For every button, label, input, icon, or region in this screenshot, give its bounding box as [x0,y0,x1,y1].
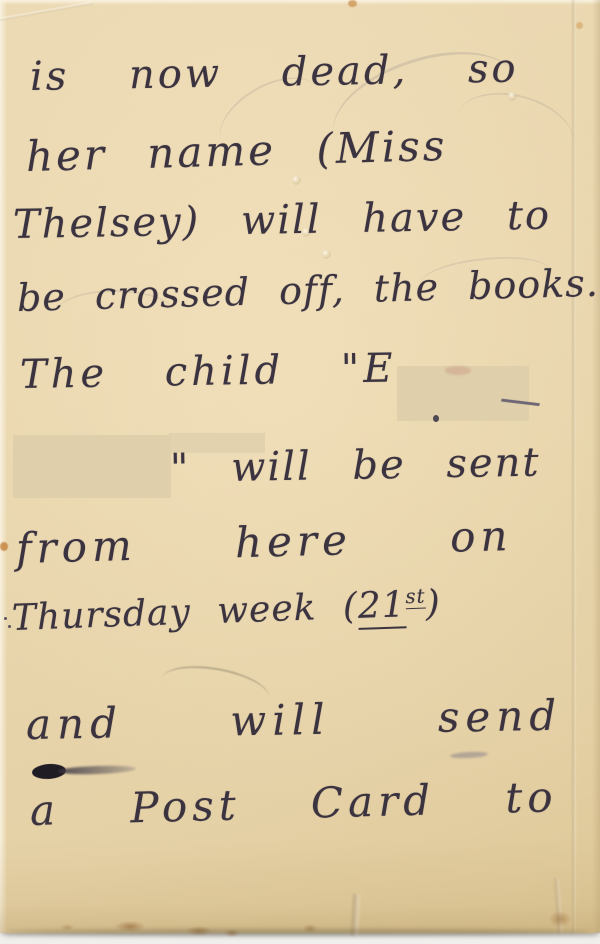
dash-after-redaction: — [497,372,545,426]
foxing-spot [0,542,8,551]
foxing-spot [576,22,583,29]
handwritten-line-3: Thelsey) will have to [13,193,552,248]
line-text: a Post Card to [29,772,558,835]
handwritten-line-6: " will be sent [170,440,541,492]
emboss-mark [322,250,331,259]
line-text: Thursday week ( [11,586,358,639]
line-text: be crossed off, the books. [16,261,599,320]
line-text: ) [425,583,441,625]
foxing-spot [348,0,357,7]
handwritten-line-8: Thursday week (21st) [11,583,441,639]
line-text: is now dead, so [30,45,519,100]
paper-bottom-shading [0,838,600,933]
ordinal-superscript: st [405,585,426,610]
scan-background: is now dead, so her name (Miss Thelsey) … [0,0,600,944]
underlined-day-number: 21 [357,584,406,630]
line-text: from here on [15,511,513,573]
line-text: " will be sent [170,440,541,492]
ink-blot-smear [58,765,136,776]
ink-dot [433,415,439,422]
ink-speck [8,625,11,628]
ink-speck [4,617,7,620]
paper-right-edge-shade [592,0,600,933]
handwritten-line-7: from here on [15,511,513,573]
gray-smudge [450,751,488,759]
emboss-mark [292,176,301,185]
redaction-patch-2 [13,435,171,498]
handwritten-line-5: The child "E [20,345,397,398]
handwritten-line-2: her name (Miss [25,121,448,181]
handwritten-line-1: is now dead, so [30,45,519,100]
line-text: her name (Miss [25,121,448,181]
paper-left-edge-highlight [0,0,7,933]
pink-smudge [445,366,471,375]
paper-bottom-shadow [6,929,592,935]
handwritten-line-9: and will send [26,691,563,749]
paper-stain [549,911,571,927]
handwritten-line-4: be crossed off, the books. [16,261,599,320]
handwritten-line-10: a Post Card to [29,772,558,835]
emboss-mark [508,92,517,101]
letter-page: is now dead, so her name (Miss Thelsey) … [0,0,600,933]
line-text: The child "E [20,345,397,398]
line-text: Thelsey) will have to [13,193,552,248]
line-text: and will send [26,691,563,749]
